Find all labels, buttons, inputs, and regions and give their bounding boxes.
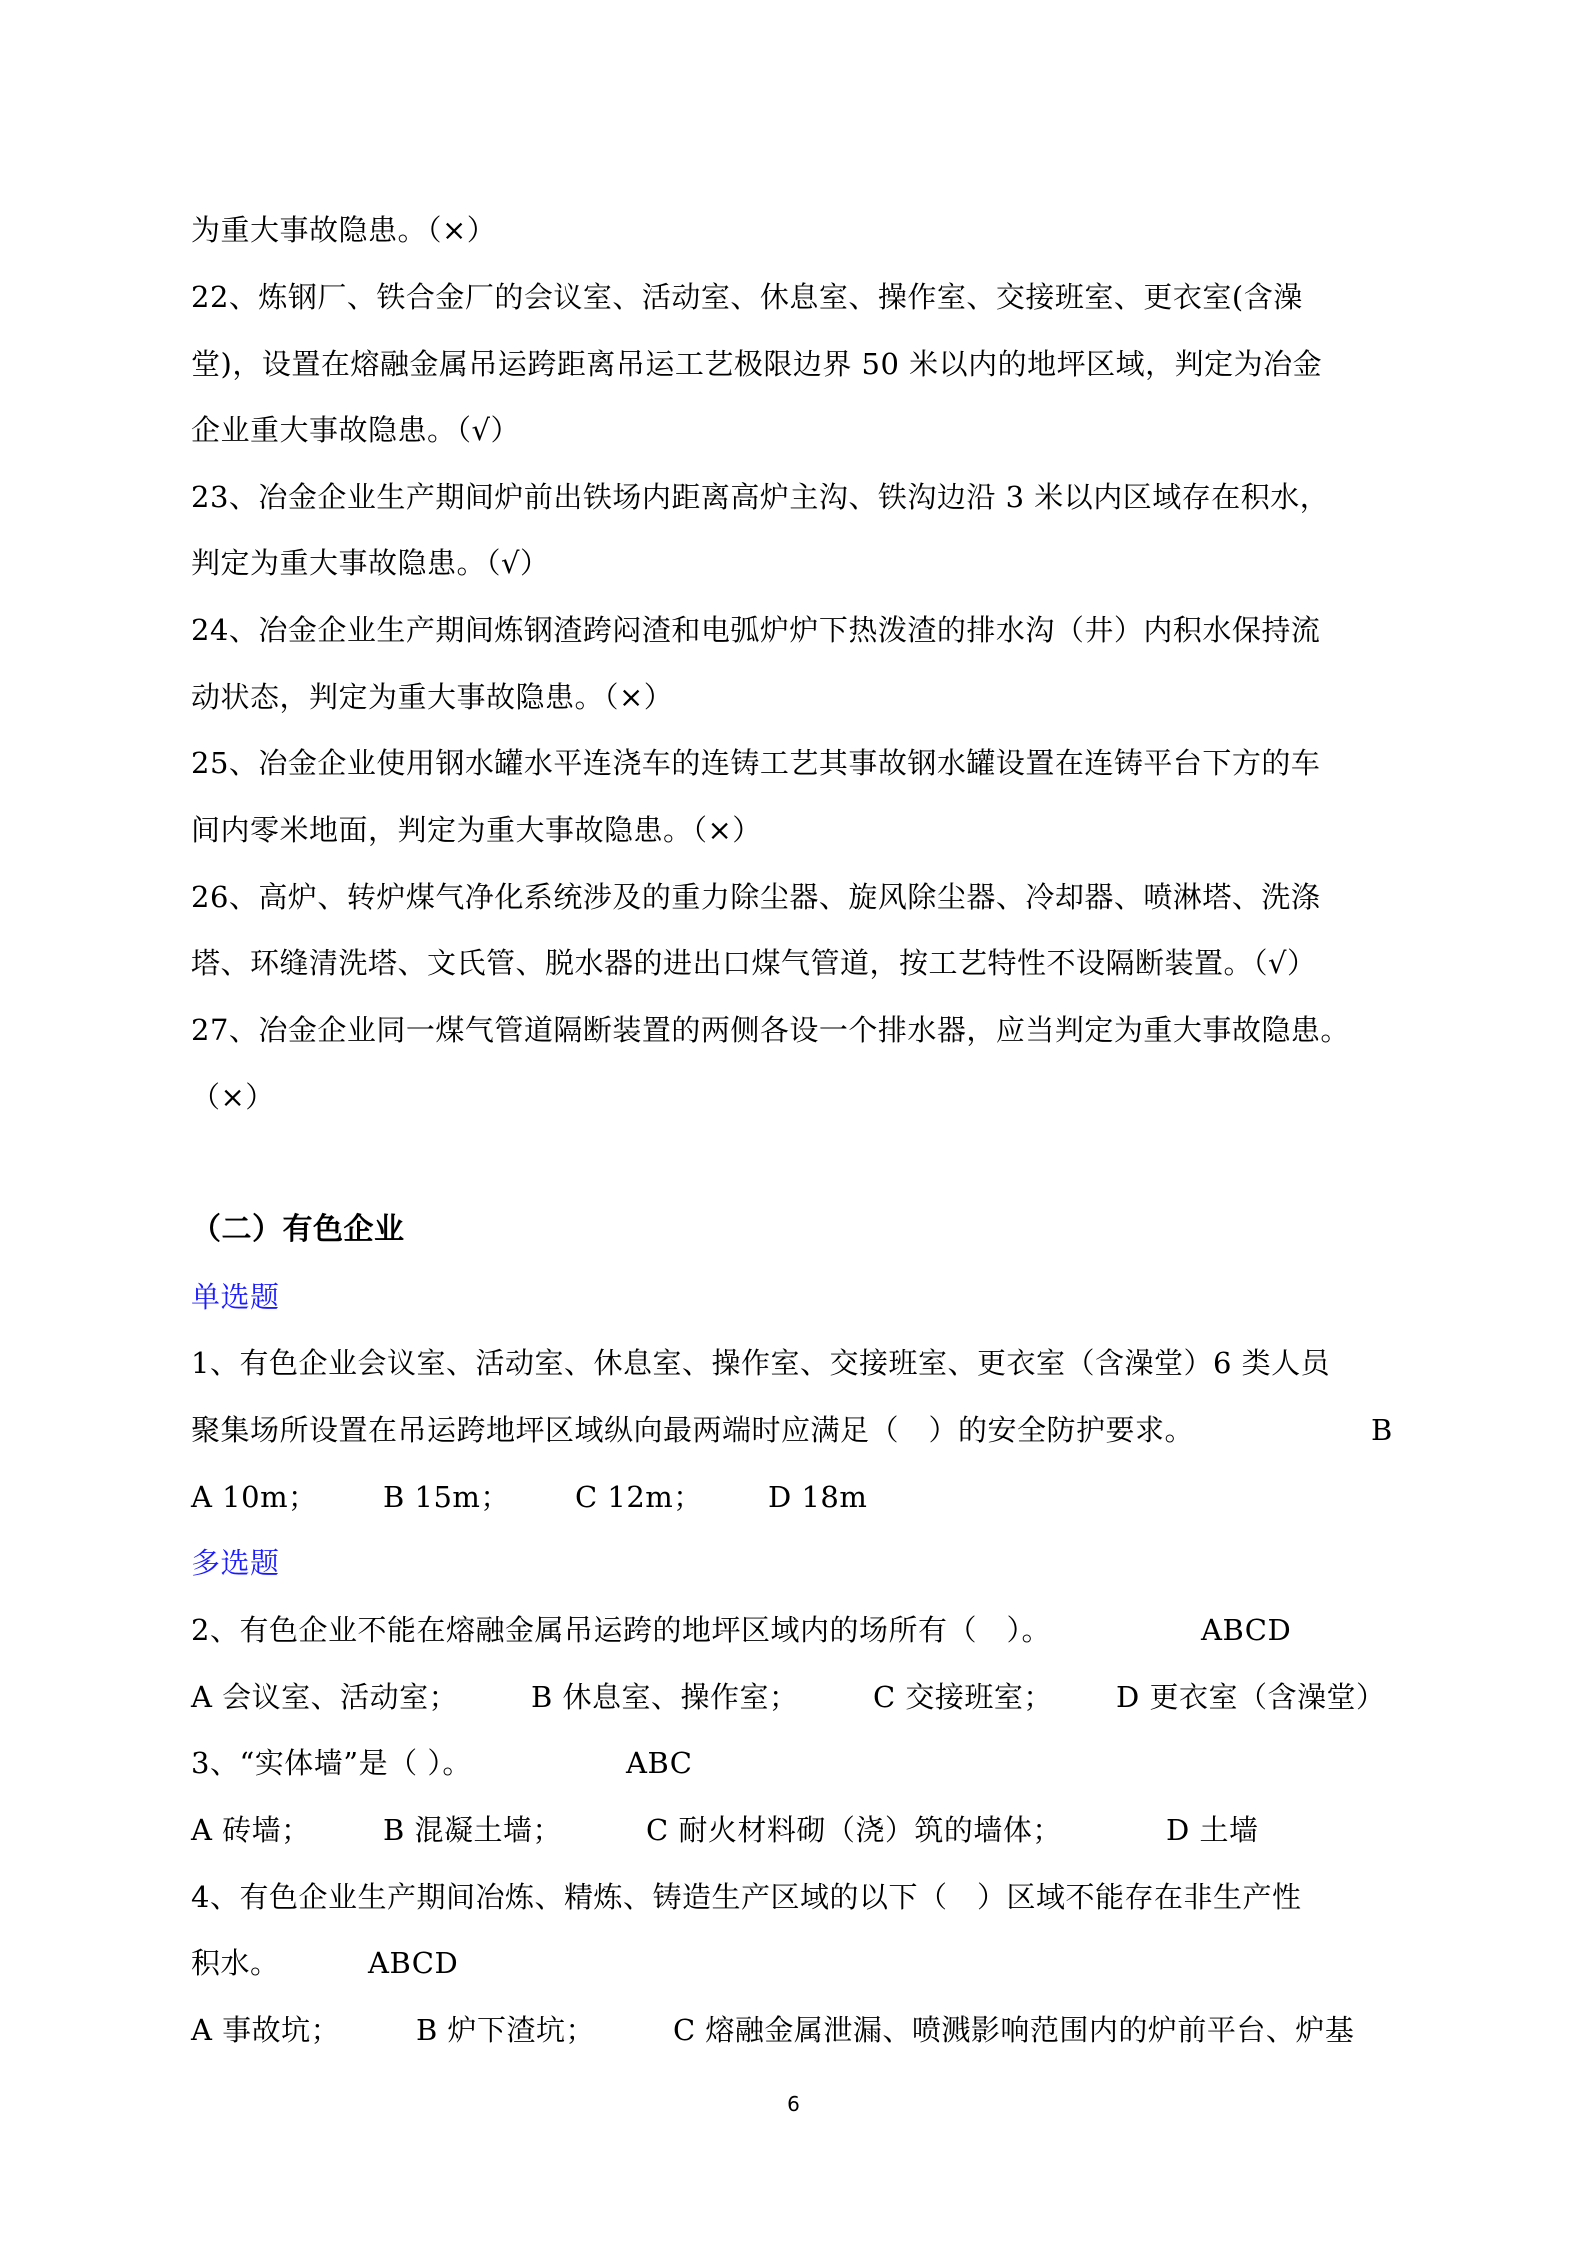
question-1-answer: B	[1371, 1410, 1393, 1450]
single-choice-label: 单选题	[191, 1277, 1411, 1317]
question-2-answer: ABCD	[1201, 1610, 1291, 1650]
question-1-text: 聚集场所设置在吊运跨地坪区域纵向最两端时应满足（ ）的安全防护要求。	[191, 1413, 1194, 1447]
question-3-text: 3、“实体墙”是（ ）。	[191, 1746, 472, 1780]
option-a: A 砖墙；	[191, 1810, 311, 1850]
multi-choice-label: 多选题	[191, 1543, 1411, 1583]
option-c: C 12m；	[575, 1477, 703, 1517]
question-23-line-1: 23、冶金企业生产期间炉前出铁场内距离高炉主沟、铁沟边沿 3 米以内区域存在积水…	[191, 477, 1411, 517]
option-b: B 休息室、操作室；	[531, 1677, 799, 1717]
question-26-line-2: 塔、环缝清洗塔、文氏管、脱水器的进出口煤气管道，按工艺特性不设隔断装置。（√）	[191, 943, 1411, 983]
question-22-line-2: 堂)，设置在熔融金属吊运跨距离吊运工艺极限边界 50 米以内的地坪区域，判定为冶…	[191, 344, 1411, 384]
option-b: B 15m；	[383, 1477, 510, 1517]
option-a: A 会议室、活动室；	[191, 1677, 458, 1717]
option-a: A 10m；	[191, 1477, 318, 1517]
question-1-line-1: 1、有色企业会议室、活动室、休息室、操作室、交接班室、更衣室（含澡堂）6 类人员	[191, 1343, 1411, 1383]
question-2-text: 2、有色企业不能在熔融金属吊运跨的地坪区域内的场所有（ ）。	[191, 1613, 1051, 1647]
section-heading-nonferrous: （二）有色企业	[191, 1210, 1411, 1250]
question-4-answer: ABCD	[368, 1943, 458, 1983]
question-24-line-2: 动状态，判定为重大事故隐患。（×）	[191, 677, 1411, 717]
option-c: C 交接班室；	[873, 1677, 1053, 1717]
option-a: A 事故坑；	[191, 2010, 340, 2050]
question-25-line-2: 间内零米地面，判定为重大事故隐患。（×）	[191, 810, 1411, 850]
text-line: 为重大事故隐患。（×）	[191, 210, 1411, 250]
question-4-line-2: 积水。 ABCD	[191, 1943, 1411, 1983]
question-23-line-2: 判定为重大事故隐患。（√）	[191, 543, 1411, 583]
question-27-line-1: 27、冶金企业同一煤气管道隔断装置的两侧各设一个排水器，应当判定为重大事故隐患。	[191, 1010, 1411, 1050]
question-27-line-2: （×）	[191, 1077, 1411, 1117]
question-1-line-2: 聚集场所设置在吊运跨地坪区域纵向最两端时应满足（ ）的安全防护要求。 B	[191, 1410, 1411, 1450]
document-page: 为重大事故隐患。（×） 22、炼钢厂、铁合金厂的会议室、活动室、休息室、操作室、…	[0, 0, 1587, 2245]
question-26-line-1: 26、高炉、转炉煤气净化系统涉及的重力除尘器、旋风除尘器、冷却器、喷淋塔、洗涤	[191, 877, 1411, 917]
option-c: C 耐火材料砌（浇）筑的墙体；	[646, 1810, 1062, 1850]
option-b: B 混凝土墙；	[383, 1810, 562, 1850]
option-c: C 熔融金属泄漏、喷溅影响范围内的炉前平台、炉基	[673, 2010, 1354, 2050]
question-4-line-1: 4、有色企业生产期间冶炼、精炼、铸造生产区域的以下（ ）区域不能存在非生产性	[191, 1877, 1411, 1917]
option-b: B 炉下渣坑；	[416, 2010, 595, 2050]
question-3-answer: ABC	[626, 1743, 692, 1783]
question-2-line-1: 2、有色企业不能在熔融金属吊运跨的地坪区域内的场所有（ ）。 ABCD	[191, 1610, 1411, 1650]
option-d: D 更衣室（含澡堂）	[1116, 1677, 1385, 1717]
question-3-line-1: 3、“实体墙”是（ ）。 ABC	[191, 1743, 1411, 1783]
page-number: 6	[0, 2092, 1587, 2116]
question-22-line-3: 企业重大事故隐患。（√）	[191, 410, 1411, 450]
option-d: D 土墙	[1166, 1810, 1258, 1850]
question-25-line-1: 25、冶金企业使用钢水罐水平连浇车的连铸工艺其事故钢水罐设置在连铸平台下方的车	[191, 743, 1411, 783]
option-d: D 18m	[768, 1477, 867, 1517]
question-24-line-1: 24、冶金企业生产期间炼钢渣跨闷渣和电弧炉炉下热泼渣的排水沟（井）内积水保持流	[191, 610, 1411, 650]
question-4-text: 积水。	[191, 1946, 280, 1980]
question-22-line-1: 22、炼钢厂、铁合金厂的会议室、活动室、休息室、操作室、交接班室、更衣室(含澡	[191, 277, 1411, 317]
